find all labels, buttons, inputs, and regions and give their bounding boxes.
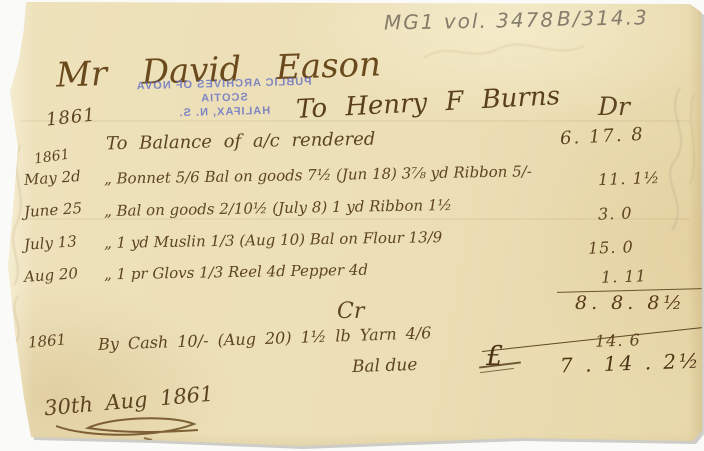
entry-amount: 11. 1½ [598, 168, 661, 189]
account-title: To Henry F Burns [295, 81, 560, 125]
debit-total-amount: 8. 8. 8½ [575, 292, 686, 314]
balance-forward-amount: 6. 17. 8 [560, 124, 646, 149]
entry-description: „ 1 yd Muslin 1/3 (Aug 10) Bal on Flour … [104, 228, 443, 252]
entry-date: May 2d [23, 167, 81, 189]
balance-forward-description: To Balance of a/c rendered [106, 129, 376, 155]
entry-date: July 13 [23, 232, 77, 254]
ledger-paper: MG1 vol. 3478 B/314.3 Mr David Eason PUB… [0, 0, 704, 451]
credit-total-rule [482, 327, 704, 352]
credit-section-label: Cr [337, 299, 364, 324]
credit-year-label: 1861 [27, 330, 67, 351]
entry-description: „ Bal on goods 2/10½ (July 8) 1 yd Ribbo… [104, 196, 452, 220]
credit-entry-amount: 14. 6 [595, 330, 641, 351]
bleed-through-mark [420, 34, 590, 70]
debit-abbreviation: Dr [598, 92, 630, 121]
entry-amount: 1. 11 [601, 266, 647, 287]
archive-reference-collection: MG1 vol. 3478 [384, 8, 555, 35]
year-heading: 1861 [45, 104, 97, 130]
entry-amount: 15. 0 [588, 237, 634, 258]
credit-entry-description: By Cash 10/- (Aug 20) 1½ lb Yarn 4/6 [98, 323, 432, 354]
entry-amount: 3. 0 [598, 203, 633, 223]
bleed-through-mark [650, 84, 704, 234]
archive-reference-item: B/314.3 [557, 5, 649, 31]
signature-flourish [48, 408, 208, 442]
entry-description: „ 1 pr Glovs 1/3 Reel 4d Pepper 4d [104, 261, 368, 284]
scan-background: MG1 vol. 3478 B/314.3 Mr David Eason PUB… [0, 0, 704, 451]
entry-description: „ Bonnet 5/6 Bal on goods 7½ (Jun 18) 3⅞… [104, 162, 532, 187]
entry-date: Aug 20 [23, 264, 78, 286]
debit-year-label: 1861 [33, 147, 71, 168]
balance-due-amount: 7 . 14 . 2½ [560, 349, 702, 378]
balance-due-label: Bal due [352, 355, 418, 377]
bleed-through-mark [0, 292, 36, 362]
